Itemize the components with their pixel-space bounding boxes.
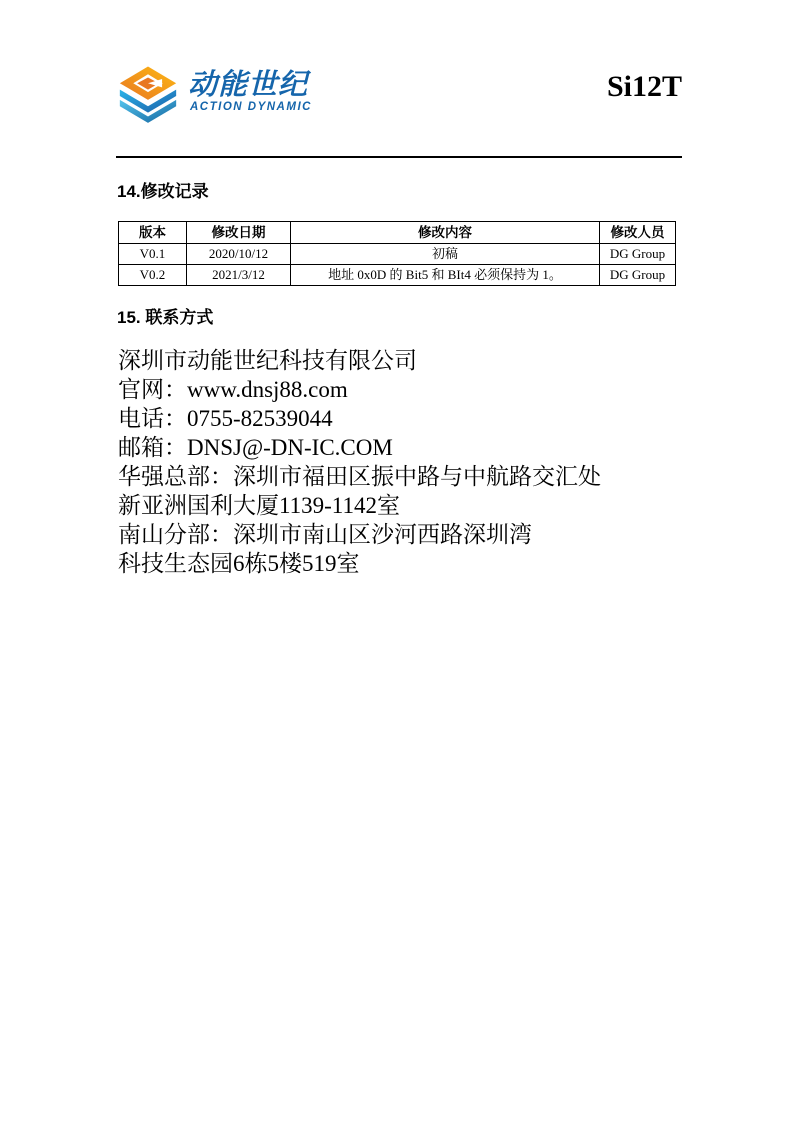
table-row: V0.2 2021/3/12 地址 0x0D 的 Bit5 和 BIt4 必须保… <box>119 265 676 286</box>
table-row: V0.1 2020/10/12 初稿 DG Group <box>119 244 676 265</box>
cell-date: 2020/10/12 <box>187 244 291 265</box>
col-header-version: 版本 <box>119 222 187 244</box>
logo-chinese-name: 动能世纪 <box>188 70 312 100</box>
contact-line-phone: 电话：0755-82539044 <box>118 404 678 433</box>
table-header-row: 版本 修改日期 修改内容 修改人员 <box>119 222 676 244</box>
cell-person: DG Group <box>600 244 676 265</box>
company-logo: 动能世纪 ACTION DYNAMIC <box>116 66 312 126</box>
action-dynamic-logo-icon <box>116 66 180 126</box>
cell-date: 2021/3/12 <box>187 265 291 286</box>
logo-english-name: ACTION DYNAMIC <box>190 101 312 113</box>
contact-line-hq-address-2: 新亚洲国利大厦1139-1142室 <box>118 491 678 520</box>
cell-version: V0.2 <box>119 265 187 286</box>
contact-line-website: 官网：www.dnsj88.com <box>118 375 678 404</box>
cell-person: DG Group <box>600 265 676 286</box>
header-divider <box>116 156 682 158</box>
page-header: 动能世纪 ACTION DYNAMIC Si12T <box>116 66 682 126</box>
cell-version: V0.1 <box>119 244 187 265</box>
document-page: 动能世纪 ACTION DYNAMIC Si12T 14.修改记录 版本 修改日… <box>0 0 793 1122</box>
logo-text: 动能世纪 ACTION DYNAMIC <box>188 66 312 113</box>
cell-content: 地址 0x0D 的 Bit5 和 BIt4 必须保持为 1。 <box>291 265 600 286</box>
col-header-date: 修改日期 <box>187 222 291 244</box>
contact-line-email: 邮箱：DNSJ@-DN-IC.COM <box>118 433 678 462</box>
col-header-content: 修改内容 <box>291 222 600 244</box>
contact-line-branch-address-2: 科技生态园6栋5楼519室 <box>118 549 678 578</box>
contact-line-hq-address: 华强总部：深圳市福田区振中路与中航路交汇处 <box>118 462 678 491</box>
cell-content: 初稿 <box>291 244 600 265</box>
product-name: Si12T <box>607 66 682 104</box>
contact-line-branch-address: 南山分部：深圳市南山区沙河西路深圳湾 <box>118 520 678 549</box>
contact-line-company: 深圳市动能世纪科技有限公司 <box>118 346 678 375</box>
section-14-title: 14.修改记录 <box>117 177 209 202</box>
revision-history-table: 版本 修改日期 修改内容 修改人员 V0.1 2020/10/12 初稿 DG … <box>118 221 676 286</box>
col-header-person: 修改人员 <box>600 222 676 244</box>
section-15-title: 15. 联系方式 <box>117 303 213 328</box>
contact-info: 深圳市动能世纪科技有限公司 官网：www.dnsj88.com 电话：0755-… <box>118 346 678 578</box>
